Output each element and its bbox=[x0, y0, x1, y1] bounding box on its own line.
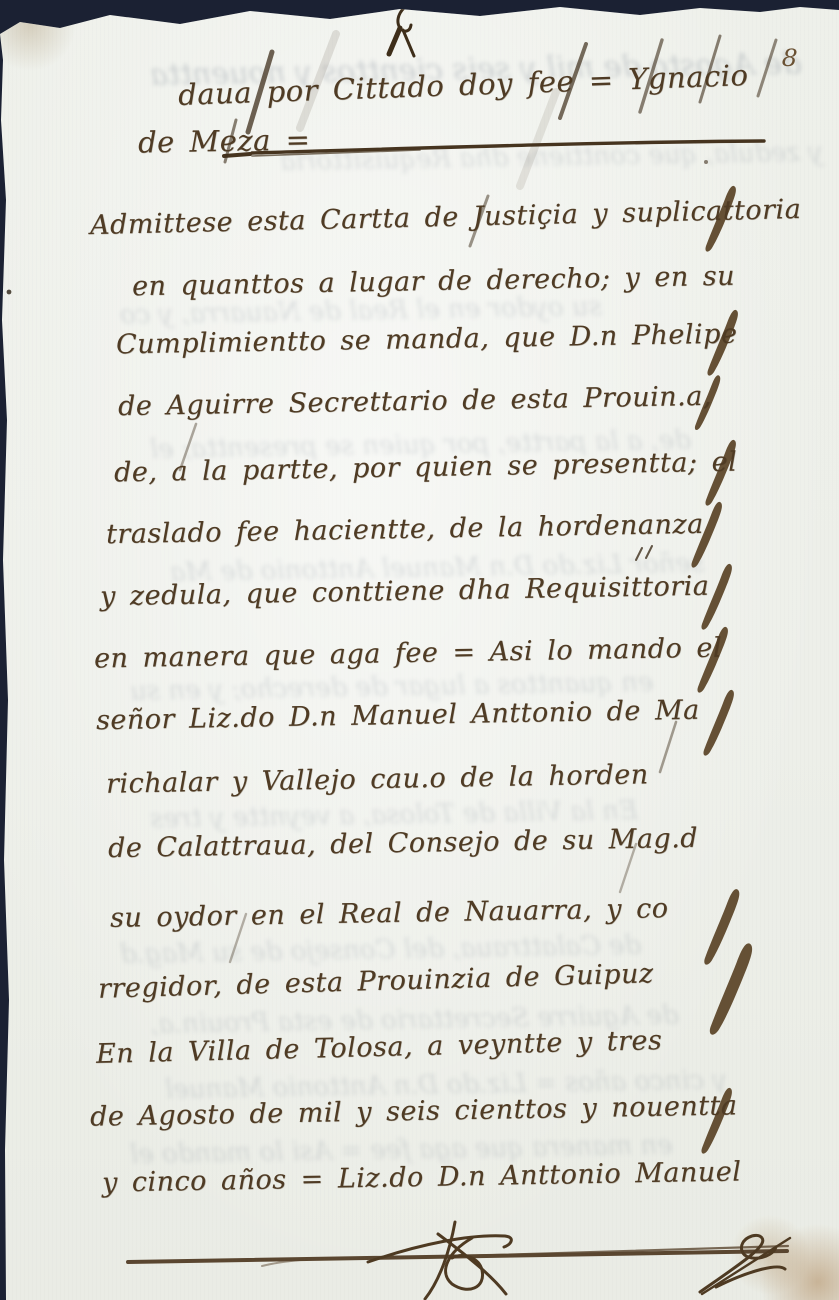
folio-number: 8 bbox=[781, 44, 798, 73]
manuscript-scan: de Agosto de mil y seis cienttos y nouen… bbox=[0, 0, 839, 1300]
manuscript-line: de Meza = bbox=[138, 122, 311, 159]
manuscript-line: su oydor en el Real de Nauarra, y co bbox=[110, 893, 669, 934]
notary-paraph-right bbox=[700, 1235, 790, 1294]
manuscript-line: Admittese esta Cartta de Justiçia y supl… bbox=[90, 194, 802, 241]
manuscript-line: en quanttos a lugar de derecho; y en su bbox=[132, 261, 735, 303]
invocation-cross-icon bbox=[389, 8, 414, 56]
manuscript-line: richalar y Vallejo cau.o de la horden bbox=[106, 759, 649, 799]
manuscript-line: de Aguirre Secrettario de esta Prouin.a, bbox=[118, 381, 712, 422]
notary-paraph-center bbox=[368, 1222, 511, 1299]
manuscript-line: traslado fee hacientte, de la hordenanza bbox=[106, 509, 704, 550]
bleedthrough-text: y zedula, que conttiene dha Requisittori… bbox=[280, 137, 823, 176]
closing-rule-bottom bbox=[128, 1246, 788, 1266]
manuscript-page: de Agosto de mil y seis cienttos y nouen… bbox=[0, 0, 839, 1300]
